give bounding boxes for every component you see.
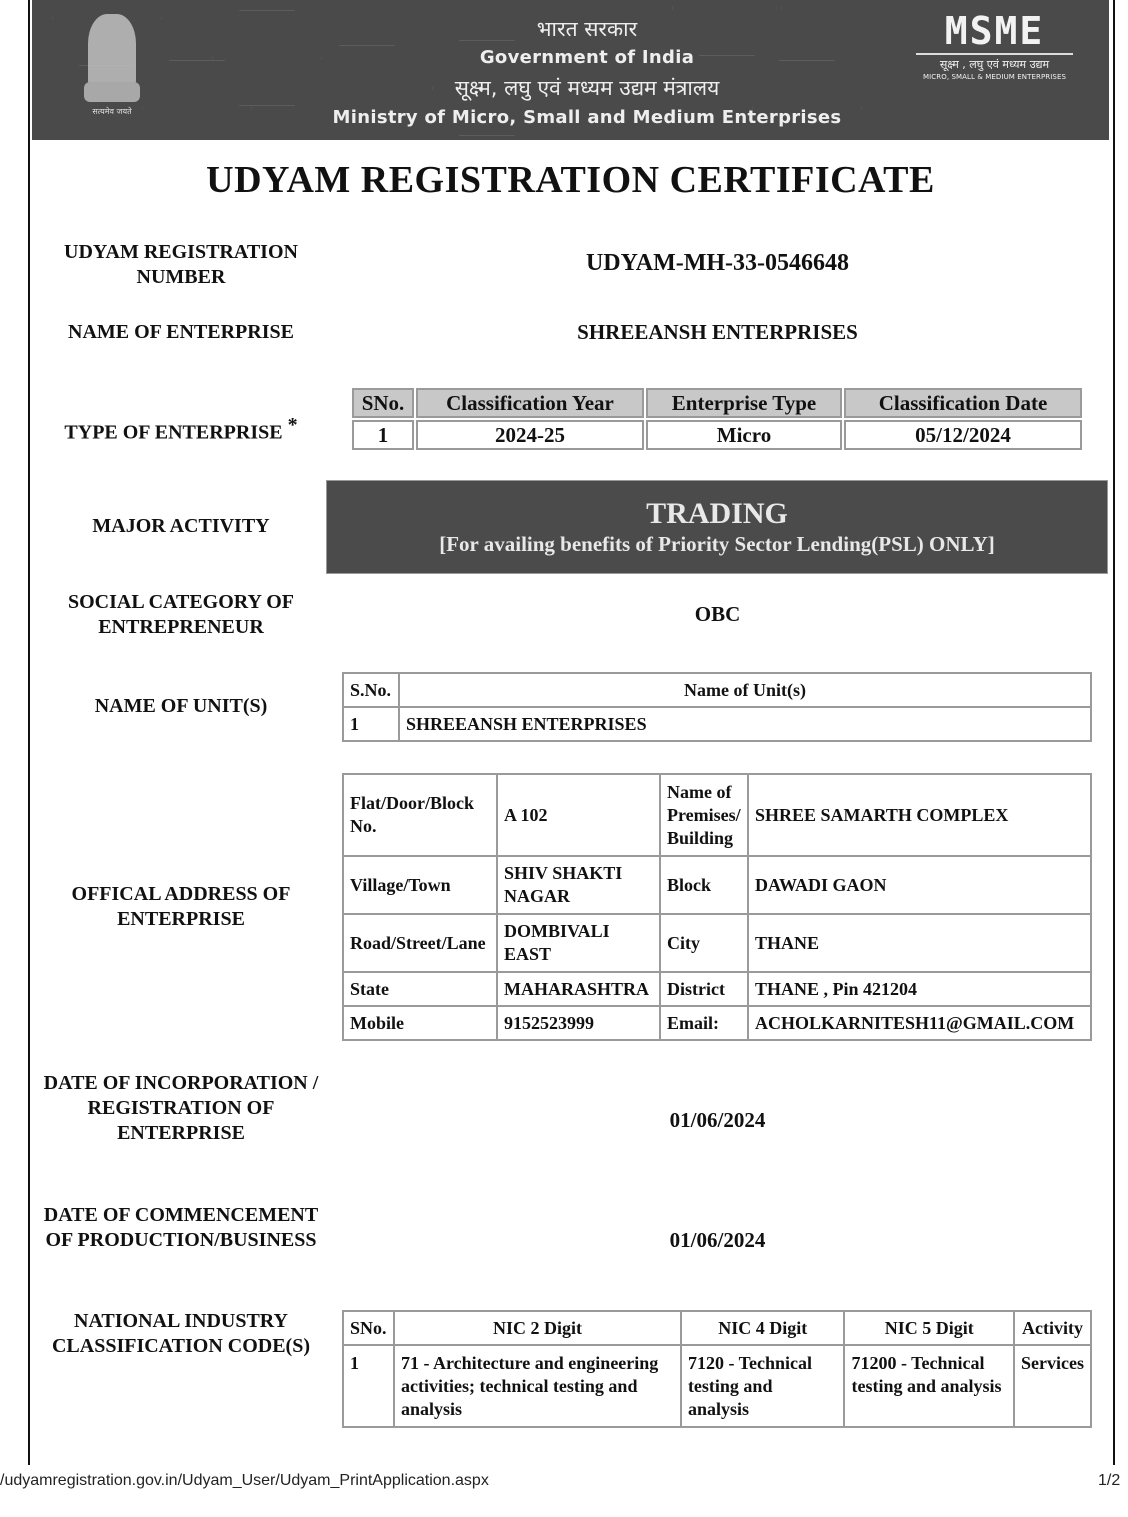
cell-unit-name: SHREEANSH ENTERPRISES (399, 707, 1091, 741)
major-activity-label: MAJOR ACTIVITY (40, 514, 322, 539)
print-url: /udyamregistration.gov.in/Udyam_User/Udy… (0, 1472, 489, 1490)
certificate-title: UDYAM REGISTRATION CERTIFICATE (32, 158, 1109, 202)
cell-sno: 1 (352, 420, 414, 450)
nic-header-row: SNo. NIC 2 Digit NIC 4 Digit NIC 5 Digit… (343, 1311, 1091, 1345)
cell-nic-4: 7120 - Technical testing and analysis (681, 1345, 845, 1427)
hindi-govt: भारत सरकार (302, 14, 872, 44)
major-activity-box: TRADING [For availing benefits of Priori… (326, 480, 1108, 574)
social-category: OBC (330, 602, 1105, 627)
col-unit-name: Name of Unit(s) (399, 673, 1091, 707)
msme-logo-mark: MSME (912, 12, 1077, 50)
email-value: ACHOLKARNITESH11@GMAIL.COM (748, 1006, 1091, 1040)
type-label: TYPE OF ENTERPRISE * (40, 413, 322, 446)
address-row: State MAHARASHTRA District THANE , Pin 4… (343, 972, 1091, 1006)
classification-header-row: SNo. Classification Year Enterprise Type… (352, 388, 1082, 418)
address-label: OFFICAL ADDRESS OF ENTERPRISE (40, 882, 322, 932)
cell-classification-year: 2024-25 (416, 420, 644, 450)
table-row: 1 SHREEANSH ENTERPRISES (343, 707, 1091, 741)
col-nic-4: NIC 4 Digit (681, 1311, 845, 1345)
commencement-label: DATE OF COMMENCEMENT OF PRODUCTION/BUSIN… (38, 1203, 324, 1253)
required-asterisk: * (288, 414, 298, 436)
village-value: SHIV SHAKTI NAGAR (497, 856, 660, 914)
cell-sno: 1 (343, 1345, 394, 1427)
col-sno: SNo. (352, 388, 414, 418)
page-border-left (28, 0, 30, 1465)
header-titles: भारत सरकार Government of India सूक्ष्म, … (302, 14, 872, 132)
incorporation-label: DATE OF INCORPORATION / REGISTRATION OF … (40, 1071, 322, 1146)
enterprise-name-label: NAME OF ENTERPRISE (40, 320, 322, 345)
village-label: Village/Town (343, 856, 497, 914)
reg-number-label: UDYAM REGISTRATION NUMBER (40, 240, 322, 290)
emblem-motto: सत्यमेव जयते (80, 106, 144, 117)
address-row: Mobile 9152523999 Email: ACHOLKARNITESH1… (343, 1006, 1091, 1040)
address-row: Flat/Door/Block No. A 102 Name of Premis… (343, 774, 1091, 856)
col-nic-5: NIC 5 Digit (844, 1311, 1014, 1345)
hindi-ministry: सूक्ष्म, लघु एवं मध्यम उद्यम मंत्रालय (302, 72, 872, 104)
state-value: MAHARASHTRA (497, 972, 660, 1006)
col-classification-year: Classification Year (416, 388, 644, 418)
major-activity: TRADING (327, 498, 1107, 530)
col-sno: SNo. (343, 1311, 394, 1345)
state-label: State (343, 972, 497, 1006)
email-label: Email: (660, 1006, 748, 1040)
city-value: THANE (748, 914, 1091, 972)
header-banner: सत्यमेव जयते भारत सरकार Government of In… (32, 0, 1109, 140)
district-value: THANE , Pin 421204 (748, 972, 1091, 1006)
premises-value: SHREE SAMARTH COMPLEX (748, 774, 1091, 856)
nic-label: NATIONAL INDUSTRY CLASSIFICATION CODE(S) (40, 1309, 322, 1359)
premises-label: Name of Premises/ Building (660, 774, 748, 856)
social-category-label: SOCIAL CATEGORY OF ENTREPRENEUR (40, 590, 322, 640)
cell-enterprise-type: Micro (646, 420, 842, 450)
logo-english: MICRO, SMALL & MEDIUM ENTERPRISES (912, 72, 1077, 82)
units-header-row: S.No. Name of Unit(s) (343, 673, 1091, 707)
page-border-right (1113, 0, 1115, 1465)
major-activity-note: [For availing benefits of Priority Secto… (327, 530, 1107, 558)
logo-divider (916, 53, 1073, 55)
english-ministry: Ministry of Micro, Small and Medium Ente… (302, 104, 872, 132)
col-nic-2: NIC 2 Digit (394, 1311, 681, 1345)
type-label-text: TYPE OF ENTERPRISE (64, 422, 282, 444)
table-row: 1 71 - Architecture and engineering acti… (343, 1345, 1091, 1427)
classification-table: SNo. Classification Year Enterprise Type… (350, 386, 1084, 452)
cell-nic-5: 71200 - Technical testing and analysis (844, 1345, 1014, 1427)
english-govt: Government of India (302, 44, 872, 72)
reg-number: UDYAM-MH-33-0546648 (330, 250, 1105, 277)
units-table: S.No. Name of Unit(s) 1 SHREEANSH ENTERP… (342, 672, 1092, 742)
road-value: DOMBIVALI EAST (497, 914, 660, 972)
block-value: DAWADI GAON (748, 856, 1091, 914)
national-emblem-icon: सत्यमेव जयते (80, 14, 144, 118)
cell-sno: 1 (343, 707, 399, 741)
table-row: 1 2024-25 Micro 05/12/2024 (352, 420, 1082, 450)
city-label: City (660, 914, 748, 972)
col-enterprise-type: Enterprise Type (646, 388, 842, 418)
cell-classification-date: 05/12/2024 (844, 420, 1082, 450)
nic-table: SNo. NIC 2 Digit NIC 4 Digit NIC 5 Digit… (342, 1310, 1092, 1428)
district-label: District (660, 972, 748, 1006)
cell-activity: Services (1014, 1345, 1091, 1427)
msme-logo: MSME सूक्ष्म , लघु एवं मध्यम उद्यम MICRO… (912, 12, 1077, 82)
col-classification-date: Classification Date (844, 388, 1082, 418)
flat-label: Flat/Door/Block No. (343, 774, 497, 856)
page-number: 1/2 (1098, 1472, 1120, 1490)
address-row: Road/Street/Lane DOMBIVALI EAST City THA… (343, 914, 1091, 972)
mobile-value: 9152523999 (497, 1006, 660, 1040)
col-sno: S.No. (343, 673, 399, 707)
road-label: Road/Street/Lane (343, 914, 497, 972)
logo-hindi: सूक्ष्म , लघु एवं मध्यम उद्यम (912, 58, 1077, 72)
flat-value: A 102 (497, 774, 660, 856)
address-table: Flat/Door/Block No. A 102 Name of Premis… (342, 773, 1092, 1041)
cell-nic-2: 71 - Architecture and engineering activi… (394, 1345, 681, 1427)
mobile-label: Mobile (343, 1006, 497, 1040)
units-label: NAME OF UNIT(S) (40, 694, 322, 719)
commencement-date: 01/06/2024 (330, 1228, 1105, 1253)
col-activity: Activity (1014, 1311, 1091, 1345)
block-label: Block (660, 856, 748, 914)
incorporation-date: 01/06/2024 (330, 1108, 1105, 1133)
address-row: Village/Town SHIV SHAKTI NAGAR Block DAW… (343, 856, 1091, 914)
enterprise-name: SHREEANSH ENTERPRISES (330, 320, 1105, 345)
